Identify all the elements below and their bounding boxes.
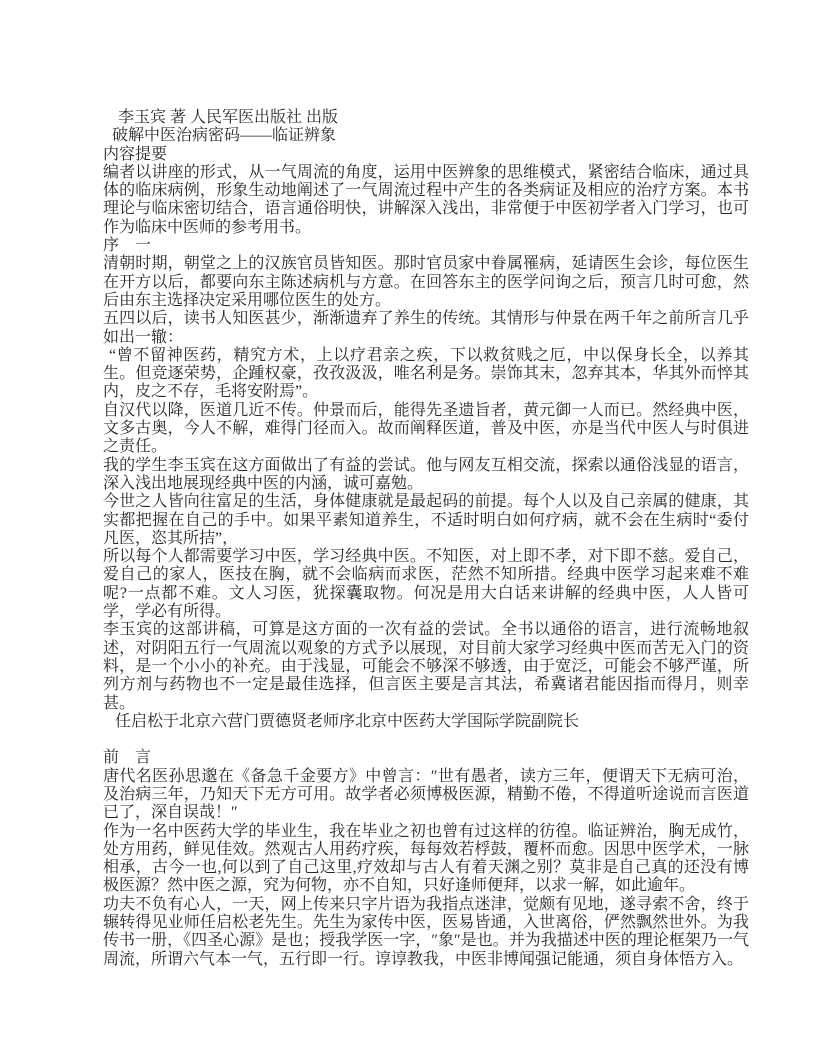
foreword-paragraph-sun-simiao: 唐代名医孙思邈在《备急千金要方》中曾言：″世有愚者，读方三年，便谓天下无病可治，…	[103, 768, 749, 823]
heading-preface-one: 序 一	[103, 237, 749, 255]
foreword-paragraph-meeting-teacher: 功夫不负有心人，一天，网上传来只字片语为我指点迷津，觉颇有见地，遂寻索不舍，终于…	[103, 896, 749, 969]
book-title: 破解中医治病密码——临证辨象	[103, 127, 749, 145]
preface-one-paragraph-student-attempt: 我的学生李玉宾在这方面做出了有益的尝试。他与网友互相交流，探索以通俗浅显的语言，…	[103, 457, 749, 494]
preface-one-signature: 任启松于北京六营门贾德贤老师序北京中医药大学国际学院副院长	[103, 713, 749, 731]
preface-one-paragraph-since-han: 自汉代以降，医道几近不传。仲景而后，能得先圣遗旨者，黄元御一人而已。然经典中医，…	[103, 402, 749, 457]
foreword-paragraph-graduate-confusion: 作为一名中医药大学的毕业生，我在毕业之初也曾有过这样的彷徨。临证辨治，胸无成竹，…	[103, 823, 749, 896]
preface-one-paragraph-lecture-notes: 李玉宾的这部讲稿，可算是这方面的一次有益的尝试。全书以通俗的语言，进行流畅地叙述…	[103, 621, 749, 712]
document-page: 李玉宾 著 人民军医出版社 出版 破解中医治病密码——临证辨象 内容提要 编者以…	[103, 109, 749, 969]
byline: 李玉宾 著 人民军医出版社 出版	[103, 109, 749, 127]
preface-one-paragraph-qing-dynasty: 清朝时期，朝堂之上的汉族官员皆知医。那时官员家中眷属罹病，延请医生会诊，每位医生…	[103, 255, 749, 310]
preface-one-paragraph-everyone-learn: 所以每个人都需要学习中医，学习经典中医。不知医，对上即不孝，对下即不慈。爱自己，…	[103, 548, 749, 621]
preface-one-paragraph-health-premise: 今世之人皆向往富足的生活，身体健康就是最起码的前提。每个人以及自己亲属的健康，其…	[103, 493, 749, 548]
content-summary-paragraph: 编者以讲座的形式，从一气周流的角度，运用中医辨象的思维模式，紧密结合临床，通过具…	[103, 164, 749, 237]
heading-content-summary: 内容提要	[103, 146, 749, 164]
heading-foreword: 前 言	[103, 749, 749, 767]
blank-line	[103, 731, 749, 749]
preface-one-quote-zhongjing: “曾不留神医药，精究方术，上以疗君亲之疾，下以救贫贱之厄，中以保身长全，以养其生…	[103, 347, 749, 402]
preface-one-paragraph-after-may-fourth: 五四以后，读书人知医甚少，渐渐遗弃了养生的传统。其情形与仲景在两千年之前所言几乎…	[103, 310, 749, 347]
